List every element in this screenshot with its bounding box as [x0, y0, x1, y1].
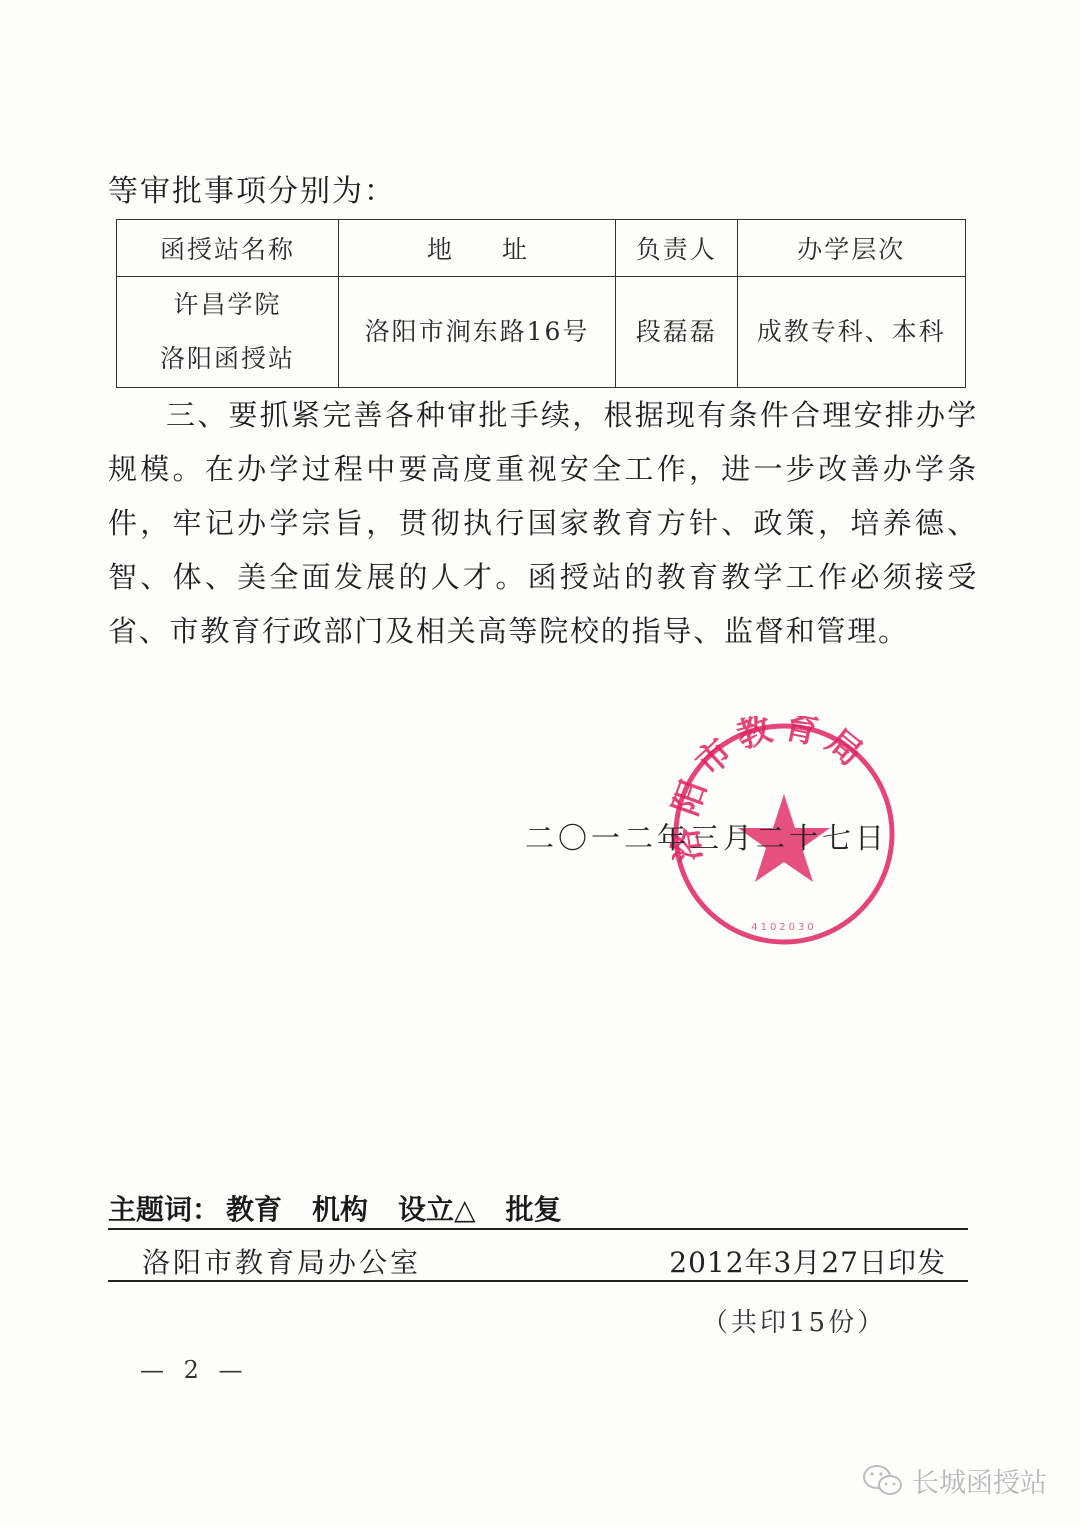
header-address: 地址	[339, 220, 616, 277]
header-station-name: 函授站名称	[117, 220, 339, 277]
header-address-text: 地址	[377, 235, 577, 264]
cell-address: 洛阳市涧东路16号	[339, 277, 616, 388]
keywords-label: 主题词：	[108, 1193, 220, 1226]
paragraph-three: 三、要抓紧完善各种审批手续，根据现有条件合理安排办学规模。在办学过程中要高度重视…	[108, 388, 978, 658]
cell-person: 段磊磊	[615, 277, 737, 388]
subject-keywords: 主题词：教育机构设立△批复	[108, 1192, 968, 1230]
page-number: — 2 —	[140, 1356, 249, 1384]
table-header-row: 函授站名称 地址 负责人 办学层次	[117, 220, 966, 277]
keyword: 机构	[312, 1193, 368, 1226]
station-name-line2: 洛阳函授站	[118, 332, 337, 386]
lead-line: 等审批事项分别为：	[108, 172, 396, 212]
signature-date: 二〇一二年三月二十七日	[525, 816, 888, 857]
approval-table: 函授站名称 地址 负责人 办学层次 许昌学院 洛阳函授站 洛阳市涧东路16号 段…	[116, 219, 966, 388]
cell-level: 成教专科、本科	[737, 277, 965, 388]
header-level: 办学层次	[737, 220, 965, 277]
issue-date: 2012年3月27日印发	[669, 1246, 946, 1280]
svg-text:4102030: 4102030	[751, 922, 817, 933]
cell-station-name: 许昌学院 洛阳函授站	[117, 277, 339, 388]
header-person: 负责人	[615, 220, 737, 277]
keyword: 批复	[506, 1193, 562, 1226]
watermark: 长城函授站	[862, 1461, 1047, 1500]
copies-count: （共印15份）	[702, 1302, 886, 1339]
wechat-icon	[862, 1463, 904, 1499]
keyword: 设立△	[398, 1193, 476, 1226]
table-row: 许昌学院 洛阳函授站 洛阳市涧东路16号 段磊磊 成教专科、本科	[117, 277, 966, 388]
body-paragraph: 三、要抓紧完善各种审批手续，根据现有条件合理安排办学规模。在办学过程中要高度重视…	[108, 388, 978, 658]
station-name-line1: 许昌学院	[118, 278, 337, 332]
issuing-office: 洛阳市教育局办公室	[142, 1246, 421, 1280]
keyword: 教育	[226, 1193, 282, 1226]
issue-line: 洛阳市教育局办公室 2012年3月27日印发	[108, 1246, 968, 1282]
watermark-label: 长城函授站	[912, 1461, 1047, 1500]
